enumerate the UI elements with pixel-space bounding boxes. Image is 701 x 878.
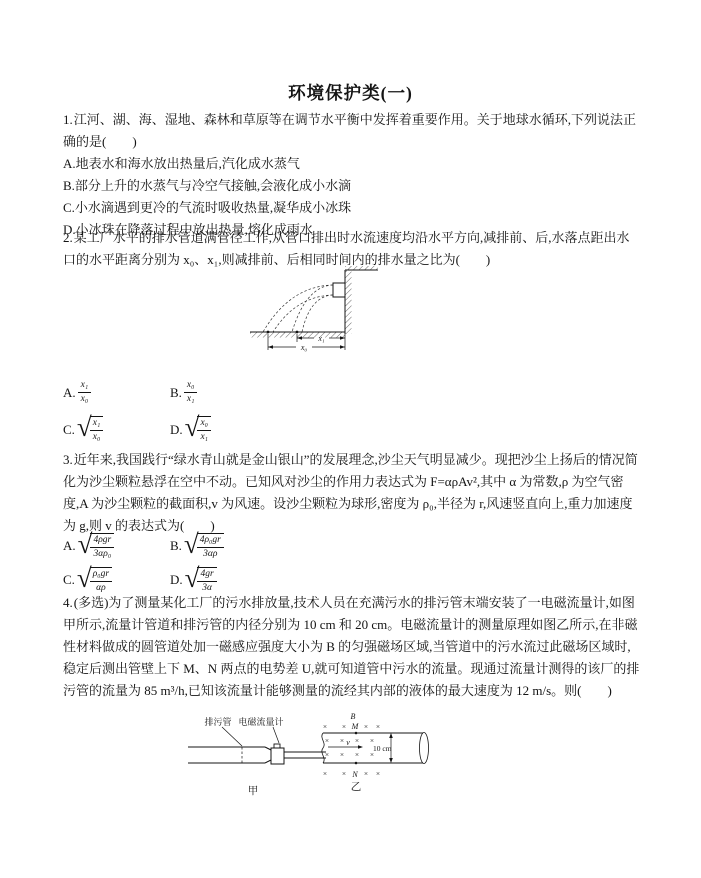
diameter-label: 10 cm (373, 744, 392, 753)
point-m-dot (355, 732, 358, 735)
radical-sign: √ (185, 414, 200, 441)
q1-option-b: B.部分上升的水蒸气与冷空气接触,会液化成小水滴 (63, 175, 642, 197)
radical-sign: √ (78, 531, 93, 558)
question-number: 3. (63, 452, 73, 467)
radical-sign: √ (77, 414, 92, 441)
svg-text:×: × (325, 736, 329, 745)
svg-text:×: × (325, 750, 329, 759)
question-3: 3.近年来,我国践行“绿水青山就是金山银山”的发展理念,沙尘天气明显减少。现把沙… (63, 449, 642, 537)
q3-option-a: A. √4ρgr3αρ₀ (63, 533, 170, 560)
point-n-label: N (351, 770, 358, 779)
q3-option-d: D. √4gr3α (170, 567, 277, 594)
x1-label: x₁ (317, 334, 325, 343)
q3-option-c: C. √ρ₀grαρ (63, 567, 170, 594)
svg-text:×: × (342, 722, 346, 731)
question-1: 1.江河、湖、海、湿地、森林和草原等在调节水平衡中发挥着重要作用。关于地球水循环… (63, 109, 642, 241)
svg-text:×: × (323, 722, 327, 731)
ledge-hatch (345, 266, 378, 270)
wall-hatch (346, 270, 352, 334)
svg-text:×: × (323, 769, 327, 778)
yi-diagram: × × × × × × × × × × × × × × × × B M N (315, 710, 445, 810)
svg-text:×: × (340, 736, 344, 745)
question-2-stem: 2.某工厂水平的排水管道满管径工作,从管口排出时水流速度均沿水平方向,减排前、后… (63, 227, 642, 271)
question-4: 4.(多选)为了测量某化工厂的污水排放量,技术人员在充满污水的排污管末端安装了一… (63, 592, 642, 702)
drain-pipe-label: 排污管 (204, 716, 231, 727)
q3-option-b: B. √4ρ₀gr3αρ (170, 533, 277, 560)
yi-caption: 乙 (351, 781, 362, 793)
q1-option-c: C.小水滴遇到更冷的气流时吸收热量,凝华成小冰珠 (63, 197, 642, 219)
point-n-dot (355, 762, 358, 765)
svg-text:×: × (340, 750, 344, 759)
jia-caption: 甲 (248, 785, 259, 797)
figure-flowmeter: 排污管 电磁流量计 甲 (178, 712, 448, 812)
flowmeter-label: 电磁流量计 (238, 716, 283, 727)
landing-point-x1 (296, 331, 299, 334)
jia-diagram: 排污管 电磁流量计 甲 (178, 712, 328, 804)
question-number: 1. (63, 112, 73, 127)
question-2: 2.某工厂水平的排水管道满管径工作,从管口排出时水流速度均沿水平方向,减排前、后… (63, 227, 642, 271)
svg-text:×: × (355, 736, 359, 745)
question-3-stem: 3.近年来,我国践行“绿水青山就是金山银山”的发展理念,沙尘天气明显减少。现把沙… (63, 449, 642, 537)
velocity-label: v (346, 738, 350, 747)
question-1-stem: 1.江河、湖、海、湿地、森林和草原等在调节水平衡中发挥着重要作用。关于地球水循环… (63, 109, 642, 153)
radical-sign: √ (184, 531, 199, 558)
water-outlet-pipe (333, 283, 345, 297)
svg-text:×: × (342, 769, 346, 778)
svg-text:×: × (376, 769, 380, 778)
point-m-label: M (351, 722, 360, 731)
svg-text:×: × (364, 722, 368, 731)
q2-options: A. x₁x₀ B. x₀x₁ C. √x₁x₀ D. √x₀x₁ (63, 374, 642, 448)
q1-option-a: A.地表水和海水放出热量后,汽化成水蒸气 (63, 153, 642, 175)
svg-text:×: × (364, 769, 368, 778)
q2-option-a: A. x₁x₀ (63, 380, 170, 405)
q2-option-c: C. √x₁x₀ (63, 416, 170, 443)
q3-options: A. √4ρgr3αρ₀ B. √4ρ₀gr3αρ C. √ρ₀grαρ D. … (63, 529, 642, 597)
question-number: 2. (63, 230, 73, 245)
q2-option-b: B. x₀x₁ (170, 380, 277, 405)
page-title: 环境保护类(一) (0, 80, 701, 105)
radical-sign: √ (185, 565, 200, 592)
pipe-outline (188, 747, 326, 763)
question-number: 4. (63, 595, 73, 610)
trajectory-diagram: x₁ x₀ (238, 266, 403, 366)
figure-water-trajectory: x₁ x₀ (238, 266, 403, 371)
leader-lines (222, 727, 279, 746)
question-4-stem: 4.(多选)为了测量某化工厂的污水排放量,技术人员在充满污水的排污管末端安装了一… (63, 592, 642, 702)
landing-point-x0 (267, 331, 270, 334)
worksheet-page: 环境保护类(一) 1.江河、湖、海、湿地、森林和草原等在调节水平衡中发挥着重要作… (0, 0, 701, 878)
b-field-label: B (351, 712, 356, 721)
radical-sign: √ (77, 565, 92, 592)
svg-text:×: × (355, 750, 359, 759)
svg-text:×: × (376, 722, 380, 731)
water-trajectories (263, 285, 333, 332)
meter-box (271, 748, 284, 764)
q2-option-d: D. √x₀x₁ (170, 416, 277, 443)
x0-label: x₀ (300, 343, 308, 352)
